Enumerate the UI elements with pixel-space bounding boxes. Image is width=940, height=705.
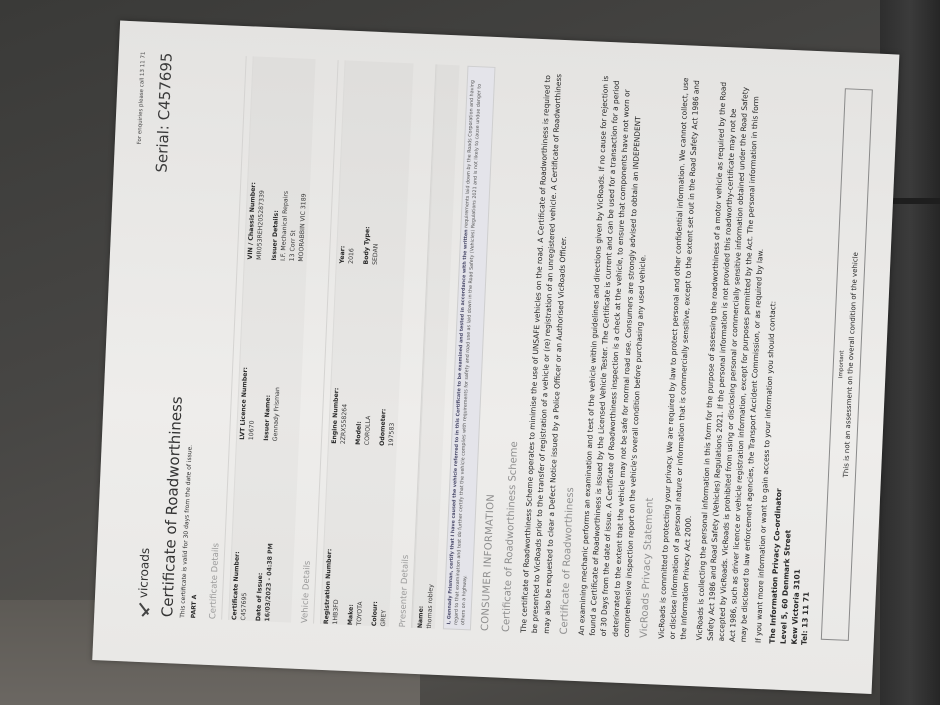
field-registration: Registration Number: 1HB3FD <box>323 443 349 624</box>
field-issuer-name: Issuer Name: Gennady Frisman <box>263 260 307 442</box>
vicroads-logo: vicroads <box>134 394 161 616</box>
roadworthiness-certificate: vicroads Certificate of Roadworthiness T… <box>92 20 899 693</box>
field-engine-number: Engine Number: 2ZRX558264 <box>331 263 357 444</box>
field-colour: Colour: GREY <box>371 445 397 626</box>
document-header: vicroads Certificate of Roadworthiness T… <box>116 51 223 618</box>
field-vin: VIN / Chassis Number: MR053REH205287339 <box>247 56 274 260</box>
field-lvt-licence: LVT Licence Number: 10670 <box>239 259 265 440</box>
field-certificate-number: Certificate Number: C457695 <box>231 439 257 620</box>
field-model: Model: COROLLA <box>355 264 381 445</box>
field-odometer: Odometer: 197583 <box>379 265 405 446</box>
field-date-of-issue: Date of Issue: 16/03/2023 - 04:38 PM <box>255 440 299 622</box>
serial-number: Serial: C457695 <box>152 52 179 173</box>
field-body-type: Body Type: SEDAN <box>363 61 390 265</box>
logo-text: vicroads <box>135 547 155 598</box>
field-make: Make: TOYOTA <box>347 444 373 625</box>
field-year: Year: 2016 <box>339 60 366 264</box>
document-photo: vicroads Certificate of Roadworthiness T… <box>70 0 910 705</box>
field-issuer-details: Issuer Details: I.F. Mechanical Repairs … <box>271 57 316 261</box>
enquiry-note: For enquiries please call 13 11 71 <box>136 51 149 171</box>
vicroads-logo-icon <box>138 601 149 615</box>
